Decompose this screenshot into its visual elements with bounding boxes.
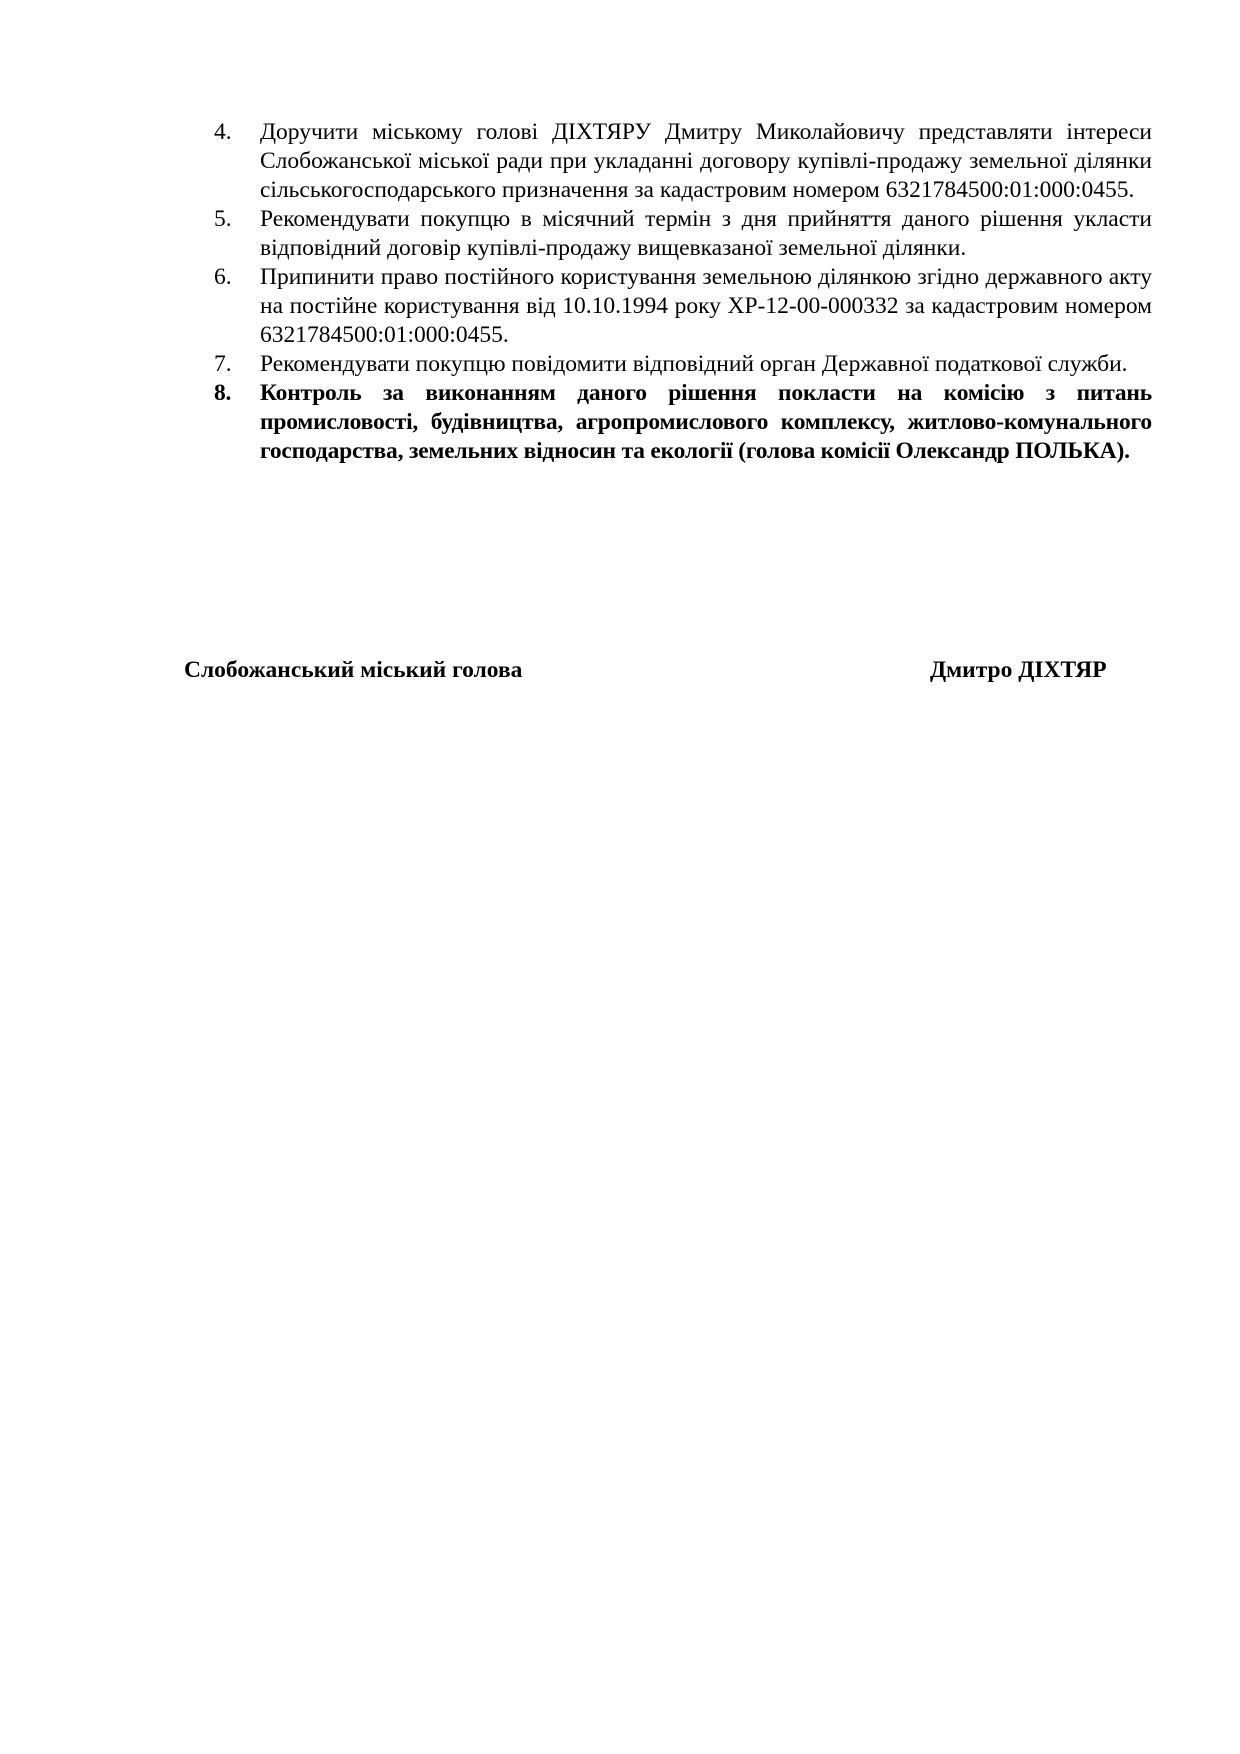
- list-item-8: 8. Контроль за виконанням даного рішення…: [214, 379, 1152, 466]
- item-number: 8.: [214, 379, 231, 408]
- item-number: 5.: [214, 205, 232, 234]
- item-text: Доручити міському голові ДІХТЯРУ Дмитру …: [260, 119, 1152, 203]
- list-item-4: 4. Доручити міському голові ДІХТЯРУ Дмит…: [214, 118, 1152, 205]
- item-text: Контроль за виконанням даного рішення по…: [260, 380, 1152, 464]
- signature-name: Дмитро ДІХТЯР: [930, 656, 1107, 685]
- item-number: 4.: [214, 118, 232, 147]
- item-text: Рекомендувати покупцю в місячний термін …: [260, 206, 1152, 261]
- list-item-5: 5. Рекомендувати покупцю в місячний терм…: [214, 205, 1152, 263]
- item-number: 7.: [214, 350, 232, 379]
- signature-position: Слобожанський міський голова: [184, 656, 522, 685]
- list-item-6: 6. Припинити право постійного користуван…: [214, 263, 1152, 350]
- list-item-7: 7. Рекомендувати покупцю повідомити відп…: [214, 350, 1152, 379]
- item-text: Припинити право постійного користування …: [260, 264, 1152, 348]
- document-page: 4. Доручити міському голові ДІХТЯРУ Дмит…: [0, 0, 1240, 1754]
- item-text: Рекомендувати покупцю повідомити відпові…: [260, 351, 1128, 377]
- decision-list: 4. Доручити міському голові ДІХТЯРУ Дмит…: [214, 118, 1152, 466]
- item-number: 6.: [214, 263, 232, 292]
